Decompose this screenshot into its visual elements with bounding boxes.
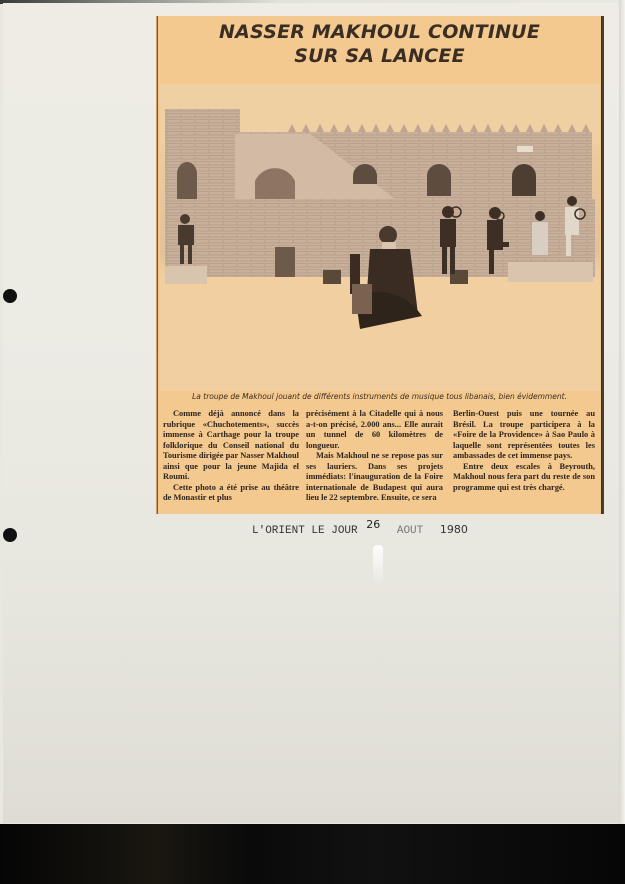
- article-photo: [160, 84, 600, 391]
- stamp-day: 26: [366, 518, 380, 531]
- punch-hole-icon: [3, 528, 17, 542]
- paragraph: précisément à la Citadelle qui à nous a-…: [306, 409, 443, 451]
- publication-name: L'ORIENT LE JOUR: [252, 525, 358, 537]
- fortress-performance-image: [160, 84, 600, 391]
- scan-glare: [373, 545, 383, 585]
- article-column-2: précisément à la Citadelle qui à nous a-…: [306, 409, 443, 504]
- scanner-bed-edge: [0, 824, 625, 884]
- paragraph: Mais Makhoul ne se repose pas sur ses la…: [306, 451, 443, 504]
- article-column-1: Comme déjà annoncé dans la rubrique «Chu…: [163, 409, 299, 504]
- stamp-month: AOUT: [397, 525, 423, 537]
- stamp-year: 1980: [440, 523, 468, 536]
- headline: NASSER MAKHOUL CONTINUE SUR SA LANCEE: [157, 20, 602, 68]
- newspaper-clipping: NASSER MAKHOUL CONTINUE SUR SA LANCEE: [156, 16, 602, 514]
- punch-hole-icon: [3, 289, 17, 303]
- article-column-3: Berlin-Ouest puis une tournée au Brésil.…: [453, 409, 595, 493]
- headline-line-2: SUR SA LANCEE: [157, 44, 602, 68]
- source-stamp: L'ORIENT LE JOUR 26 AOUT 1980: [252, 523, 468, 537]
- sheet-right-edge: [619, 0, 625, 884]
- photo-caption: La troupe de Makhoul jouant de différent…: [157, 392, 602, 401]
- paragraph: Berlin-Ouest puis une tournée au Brésil.…: [453, 409, 595, 462]
- paragraph: Entre deux escales à Beyrouth, Makhoul n…: [453, 462, 595, 494]
- paragraph: Cette photo a été prise au théâtre de Mo…: [163, 483, 299, 504]
- paragraph: Comme déjà annoncé dans la rubrique «Chu…: [163, 409, 299, 483]
- headline-line-1: NASSER MAKHOUL CONTINUE: [157, 20, 602, 44]
